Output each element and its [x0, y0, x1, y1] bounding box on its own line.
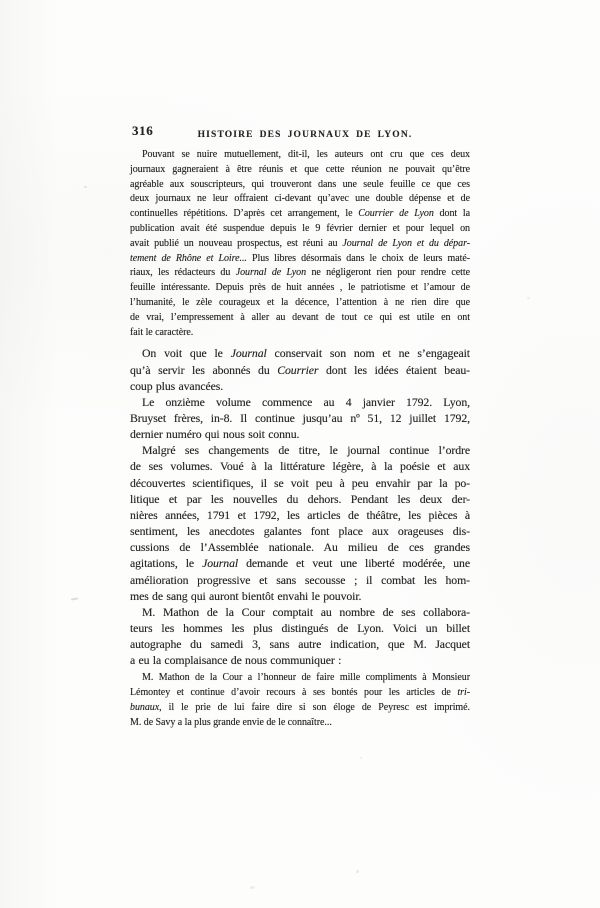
text-line: riaux, les rédacteurs du Journal de Lyon…	[130, 266, 470, 281]
text-line: litique et par les nouvelles du dehors. …	[130, 491, 470, 507]
text-segment: , il le prie de lui faire dire si son él…	[159, 702, 470, 713]
text-line: continuelles répétitions. D’après cet ar…	[130, 207, 470, 222]
scan-speck	[356, 870, 359, 873]
text-line: publication avait été suspendue depuis l…	[130, 222, 470, 237]
text-segment: Le onzième volume commence au 4 janvier …	[142, 395, 470, 409]
text-line: découvertes scientifiques, il se voit pe…	[130, 475, 470, 491]
text-segment: conservait son nom et ne s’engageait	[267, 346, 470, 360]
text-line: avait publié un nouveau prospectus, est …	[130, 237, 470, 252]
text-line: Bruyset frères, in-8. Il continue jusqu’…	[130, 410, 470, 426]
text-segment: journaux gagneraient à être réunis et qu…	[130, 164, 470, 175]
text-segment: continuelles répétitions. D’après cet ar…	[130, 208, 358, 219]
text-segment: qu’à servir les abonnés du	[130, 363, 277, 377]
text-column: 316 HISTOIRE DES JOURNAUX DE LYON. Pouva…	[130, 124, 470, 731]
paragraph: Le onzième volume commence au 4 janvier …	[130, 394, 470, 442]
scan-speck	[360, 757, 362, 759]
text-segment: Malgré ses changements de titre, le jour…	[142, 443, 470, 457]
text-segment: l’humanité, le zèle courageux et la déce…	[130, 297, 470, 308]
paragraph: M. Mathon de la Cour comptait au nombre …	[130, 604, 470, 669]
text-line: deux journaux ne leur offraient ci-devan…	[130, 192, 470, 207]
scan-speck	[250, 886, 255, 889]
text-segment: dernier numéro qui nous soit connu.	[130, 427, 299, 441]
text-segment: de ses volumes. Voué à la littérature lé…	[130, 459, 470, 473]
text-segment: M. de Savy a la plus grande envie de le …	[130, 717, 332, 728]
page-number: 316	[132, 123, 153, 139]
paragraph: M. Mathon de la Cour a l’honneur de fair…	[130, 671, 470, 730]
scan-speck	[71, 598, 78, 601]
text-line: mes de sang qui auront bientôt envahi le…	[130, 588, 470, 604]
text-segment: agitations, le	[130, 556, 202, 570]
text-segment: sentiment, les anecdotes galantes font p…	[130, 524, 470, 538]
text-segment: découvertes scientifiques, il se voit pe…	[130, 476, 470, 490]
text-line: Pouvant se nuire mutuellement, dit-il, l…	[130, 148, 470, 163]
text-segment: mes de sang qui auront bientôt envahi le…	[130, 589, 361, 603]
text-segment: agréable aux souscripteurs, qui trouvero…	[130, 179, 470, 190]
text-line: dernier numéro qui nous soit connu.	[130, 426, 470, 442]
text-segment: dont les idées étaient beau-	[318, 363, 470, 377]
book-page: 316 HISTOIRE DES JOURNAUX DE LYON. Pouva…	[0, 0, 600, 908]
paragraph: Malgré ses changements de titre, le jour…	[130, 442, 470, 604]
text-line: On voit que le Journal conservait son no…	[130, 345, 470, 361]
text-line: coup plus avancées.	[130, 378, 470, 394]
italic-text: Courrier de Lyon	[358, 208, 434, 219]
scan-speck	[527, 297, 530, 299]
text-segment: teurs les hommes les plus distingués de …	[130, 621, 470, 635]
text-line: teurs les hommes les plus distingués de …	[130, 620, 470, 636]
text-segment: demande et veut une liberté modérée, une	[238, 556, 470, 570]
paragraph: On voit que le Journal conservait son no…	[130, 345, 470, 393]
text-line: sentiment, les anecdotes galantes font p…	[130, 523, 470, 539]
text-line: cussions de l’Assemblée nationale. Au mi…	[130, 539, 470, 555]
text-line: fait le caractère.	[130, 326, 470, 341]
text-segment: M. Mathon de la Cour comptait au nombre …	[142, 605, 470, 619]
text-segment: Plus libres désormais dans le choix de l…	[247, 253, 470, 264]
italic-text: Journal de Lyon	[236, 267, 306, 278]
text-line: agréable aux souscripteurs, qui trouvero…	[130, 178, 470, 193]
text-segment: de vrai, l’empressement à aller au devan…	[130, 312, 470, 323]
text-segment: publication avait été suspendue depuis l…	[130, 223, 470, 234]
text-segment: autographe du samedi 3, sans autre indic…	[130, 637, 470, 651]
text-segment: coup plus avancées.	[130, 379, 223, 393]
text-segment: M. Mathon de la Cour a l’honneur de fair…	[142, 672, 470, 683]
text-line: M. Mathon de la Cour a l’honneur de fair…	[130, 671, 470, 686]
text-line: bunaux, il le prie de lui faire dire si …	[130, 701, 470, 716]
text-line: tement de Rhône et Loire... Plus libres …	[130, 252, 470, 267]
text-segment: feuille intéressante. Depuis près de hui…	[130, 282, 470, 293]
text-line: M. de Savy a la plus grande envie de le …	[130, 716, 470, 731]
text-segment: fait le caractère.	[130, 327, 193, 338]
text-segment: nières années, 1791 et 1792, les article…	[130, 508, 470, 522]
text-segment: a eu la complaisance de nous communiquer…	[130, 653, 341, 667]
italic-text: tement de Rhône et Loire...	[130, 253, 247, 264]
text-line: Le onzième volume commence au 4 janvier …	[130, 394, 470, 410]
text-line: journaux gagneraient à être réunis et qu…	[130, 163, 470, 178]
italic-text: tri-	[457, 687, 470, 698]
text-segment: riaux, les rédacteurs du	[130, 267, 236, 278]
text-line: M. Mathon de la Cour comptait au nombre …	[130, 604, 470, 620]
text-segment: On voit que le	[142, 346, 231, 360]
italic-text: Journal	[202, 556, 238, 570]
text-line: Lémontey et continue d’avoir recours à s…	[130, 686, 470, 701]
text-segment: amélioration progressive et sans secouss…	[130, 573, 470, 587]
page-header: 316 HISTOIRE DES JOURNAUX DE LYON.	[130, 124, 470, 139]
text-segment: Lémontey et continue d’avoir recours à s…	[130, 687, 457, 698]
body-text: Pouvant se nuire mutuellement, dit-il, l…	[130, 148, 470, 731]
text-segment: cussions de l’Assemblée nationale. Au mi…	[130, 540, 470, 554]
text-segment: avait publié un nouveau prospectus, est …	[130, 238, 342, 249]
italic-text: Journal	[231, 346, 267, 360]
text-line: feuille intéressante. Depuis près de hui…	[130, 281, 470, 296]
text-line: nières années, 1791 et 1792, les article…	[130, 507, 470, 523]
text-line: autographe du samedi 3, sans autre indic…	[130, 636, 470, 652]
text-line: de ses volumes. Voué à la littérature lé…	[130, 458, 470, 474]
text-segment: dont la	[434, 208, 470, 219]
text-segment: ne négligeront rien pour rendre cette	[306, 267, 470, 278]
text-line: agitations, le Journal demande et veut u…	[130, 555, 470, 571]
text-segment: litique et par les nouvelles du dehors. …	[130, 492, 470, 506]
text-line: a eu la complaisance de nous communiquer…	[130, 652, 470, 668]
text-line: qu’à servir les abonnés du Courrier dont…	[130, 362, 470, 378]
italic-text: Journal de Lyon et du dépar-	[342, 238, 470, 249]
text-line: de vrai, l’empressement à aller au devan…	[130, 311, 470, 326]
text-segment: Bruyset frères, in-8. Il continue jusqu’…	[130, 411, 470, 425]
text-line: amélioration progressive et sans secouss…	[130, 572, 470, 588]
text-segment: Pouvant se nuire mutuellement, dit-il, l…	[142, 149, 470, 160]
text-line: Malgré ses changements de titre, le jour…	[130, 442, 470, 458]
running-title: HISTOIRE DES JOURNAUX DE LYON.	[188, 130, 413, 140]
italic-text: bunaux	[130, 702, 159, 713]
italic-text: Courrier	[277, 363, 318, 377]
text-segment: deux journaux ne leur offraient ci-devan…	[130, 193, 470, 204]
paragraph: Pouvant se nuire mutuellement, dit-il, l…	[130, 148, 470, 340]
text-line: l’humanité, le zèle courageux et la déce…	[130, 296, 470, 311]
scan-speck	[84, 186, 87, 188]
